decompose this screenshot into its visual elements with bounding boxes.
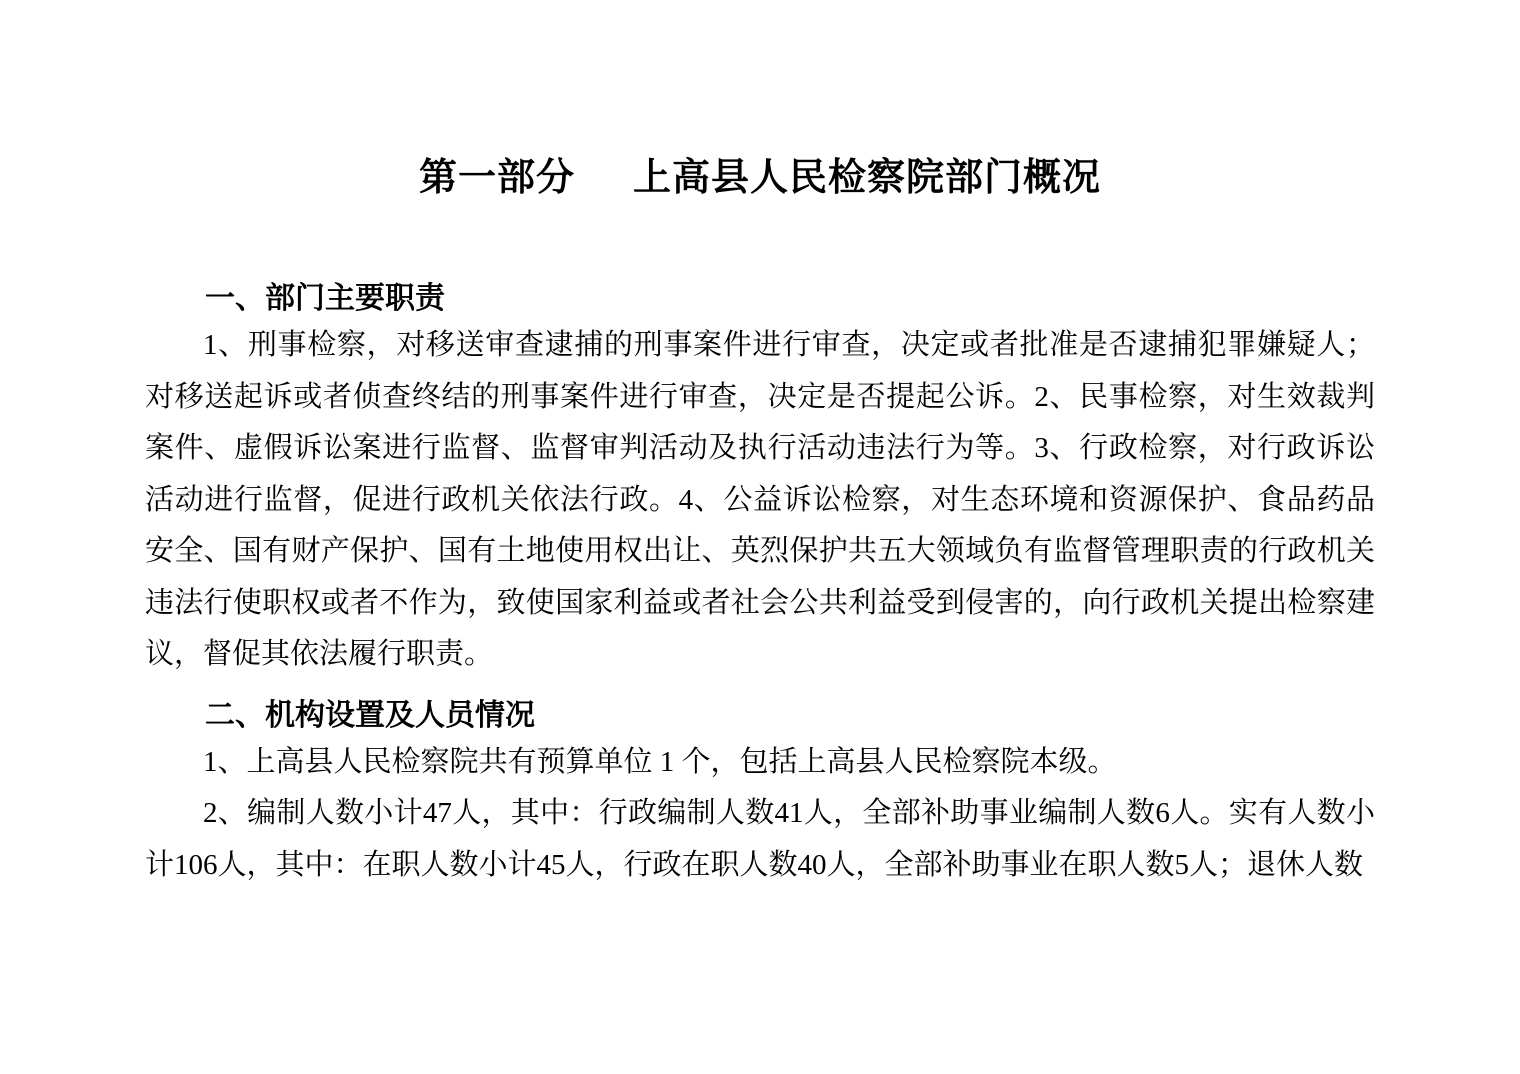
section-2-paragraph-2: 2、编制人数小计47人，其中：行政编制人数41人，全部补助事业编制人数6人。实有… — [145, 788, 1375, 891]
document-title-part1: 第一部分 — [419, 157, 575, 199]
document-page: 第一部分上高县人民检察院部门概况 一、部门主要职责 1、刑事检察，对移送审查逮捕… — [0, 0, 1520, 1074]
section-1-heading: 一、部门主要职责 — [145, 278, 1375, 320]
document-title-part2: 上高县人民检察院部门概况 — [633, 157, 1101, 199]
section-2-heading: 二、机构设置及人员情况 — [145, 695, 1375, 737]
section-2-paragraph-1: 1、上高县人民检察院共有预算单位 1 个，包括上高县人民检察院本级。 — [145, 737, 1375, 789]
document-title: 第一部分上高县人民检察院部门概况 — [145, 150, 1375, 206]
section-1-paragraph-1: 1、刑事检察，对移送审查逮捕的刑事案件进行审查，决定或者批准是否逮捕犯罪嫌疑人；… — [145, 320, 1375, 681]
